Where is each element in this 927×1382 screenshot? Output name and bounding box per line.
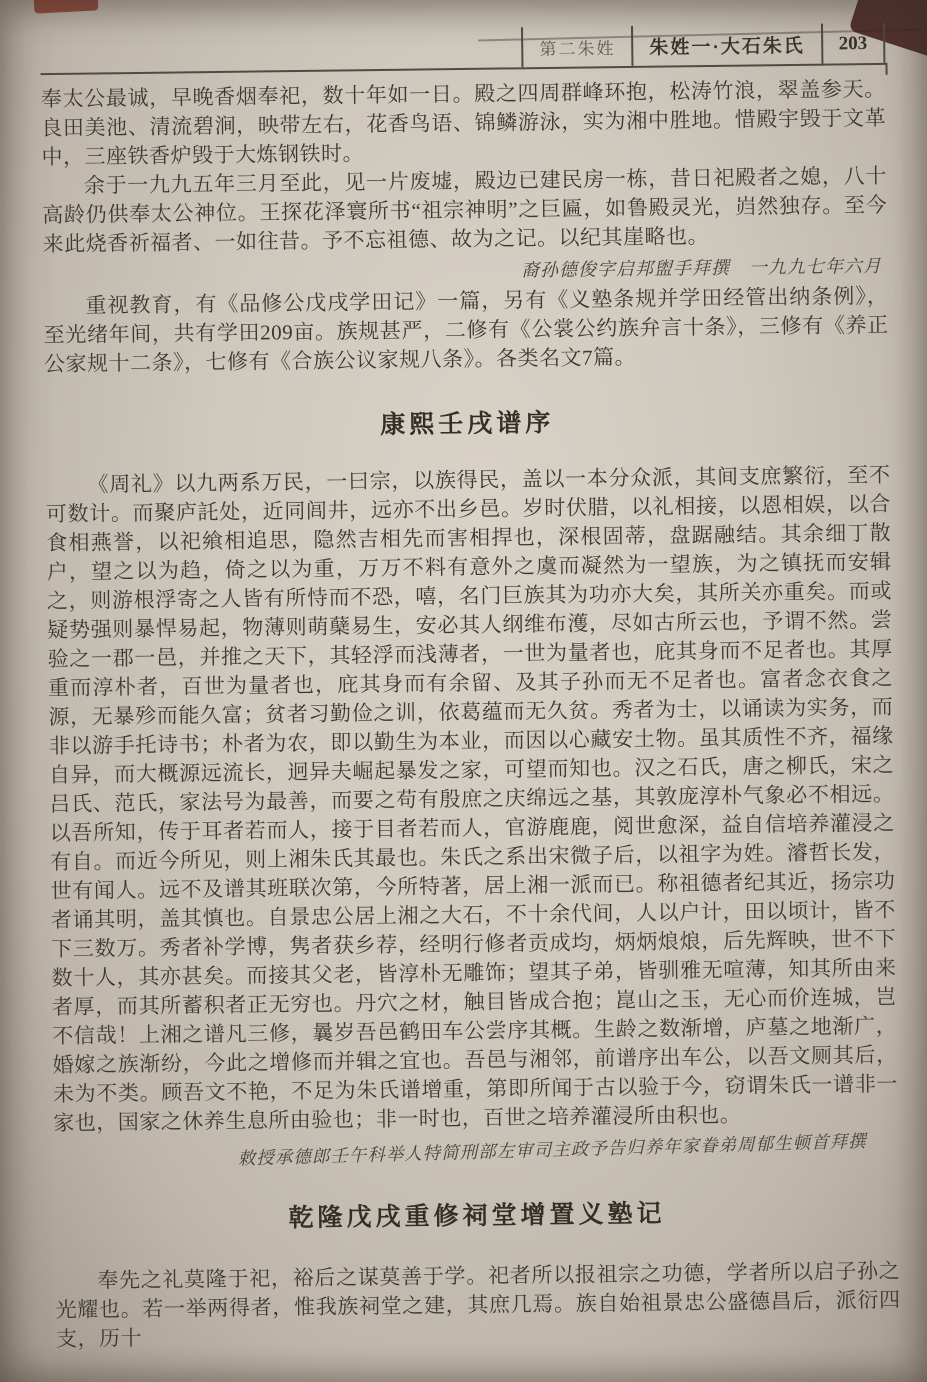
paragraph-1995-visit: 余于一九九五年三月至此，见一片废墟，殿边已建民房一栋，昔日祀殿者之媳，八十高龄仍… <box>42 162 888 259</box>
header-page-segment: 203 <box>820 23 885 64</box>
photo-artifact-top-left-red-mark <box>34 0 99 14</box>
section-title-qianlong-record: 乾隆戊戌重修祠堂增置义塾记 <box>54 1191 899 1237</box>
page-number: 203 <box>839 33 868 55</box>
header-section-label: 第二朱姓 <box>539 34 615 60</box>
scanned-page-photo: 第二朱姓 朱姓一·大石朱氏 203 奉太公最诚，早晚香烟奉祀，数十年如一日。殿之… <box>0 0 927 1382</box>
header-section-segment: 第二朱姓 <box>521 26 631 67</box>
header-book-title: 朱姓一·大石朱氏 <box>649 31 805 60</box>
kangxi-preface-body: 《周礼》以九两系万民，一曰宗，以族得民，盖以一本分众派，其间支庶繁衍，至不可数计… <box>45 461 898 1138</box>
page-header: 第二朱姓 朱姓一·大石朱氏 203 <box>40 23 885 75</box>
paragraph-education-rules: 重视教育，有《品修公戊戌学田记》一篇，另有《义塾条规并学田经管出纳条例》，至光绪… <box>43 282 889 379</box>
header-title-segment: 朱姓一·大石朱氏 <box>631 24 821 66</box>
section-title-kangxi-preface: 康熙壬戌谱序 <box>45 399 890 445</box>
header-corner-bracket <box>885 63 887 75</box>
qianlong-record-body: 奉先之礼莫隆于祀，裕后之谋莫善于学。祀者所以报祖宗之功德，学者所以启子孙之光耀也… <box>55 1257 901 1354</box>
paragraph-temple-worship: 奉太公最诚，早晚香烟奉祀，数十年如一日。殿之四周群峰环抱，松涛竹浪，翠盖参天。良… <box>41 75 887 172</box>
page-content: 第二朱姓 朱姓一·大石朱氏 203 奉太公最诚，早晚香烟奉祀，数十年如一日。殿之… <box>40 23 901 1354</box>
